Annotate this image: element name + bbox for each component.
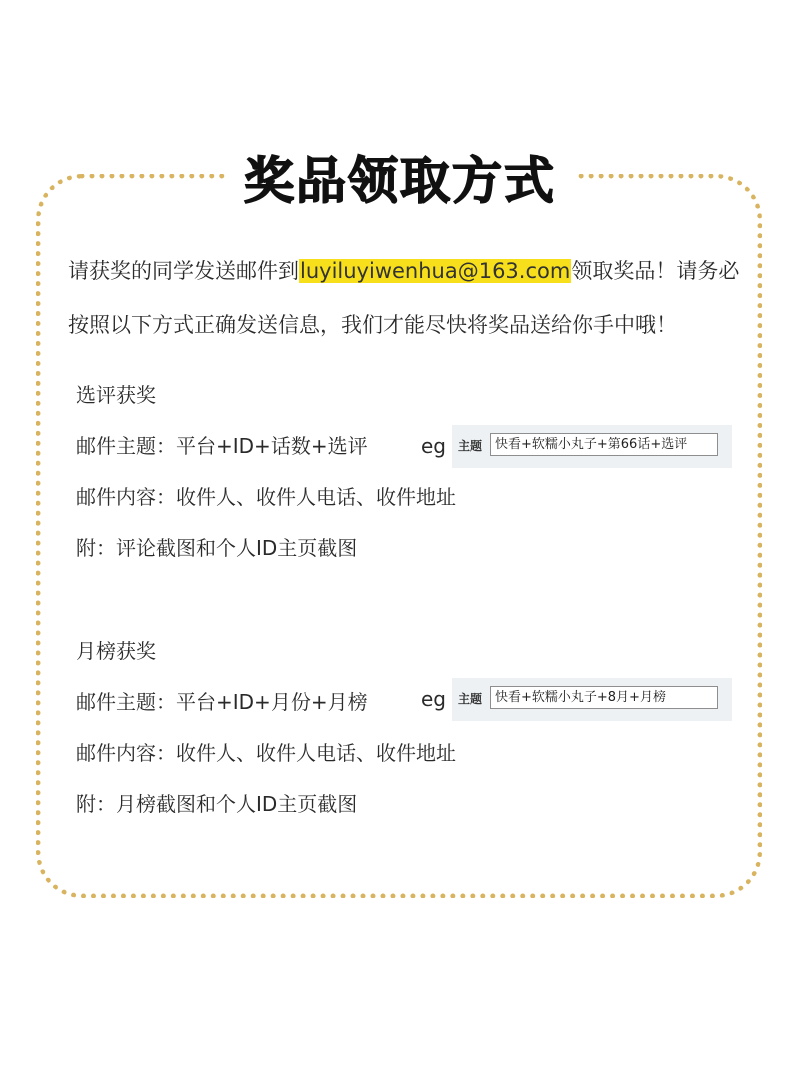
example-subject-label: 主题: [458, 437, 482, 454]
section-review-attachment: 附：评论截图和个人ID主页截图: [76, 534, 357, 562]
section-review-subject: 邮件主题：平台+ID+话数+选评: [76, 432, 368, 460]
intro-line-1: 请获奖的同学发送邮件到luyiluyiwenhua@163.com领取奖品！请务…: [68, 256, 739, 286]
section-monthly-subject: 邮件主题：平台+ID+月份+月榜: [76, 688, 368, 716]
page-title: 奖品领取方式: [244, 141, 556, 213]
intro-line-2: 按照以下方式正确发送信息，我们才能尽快将奖品送给你手中哦！: [68, 310, 677, 340]
section-review-content: 邮件内容：收件人、收件人电话、收件地址: [76, 483, 456, 511]
example-subject-label: 主题: [458, 690, 482, 707]
section-review-example: 主题 快看+软糯小丸子+第66话+选评: [452, 425, 732, 468]
section-monthly-eg-label: eg: [421, 685, 446, 713]
section-monthly-attachment: 附：月榜截图和个人ID主页截图: [76, 790, 357, 818]
example-subject-input: 快看+软糯小丸子+第66话+选评: [490, 433, 718, 456]
title-container: 奖品领取方式: [225, 142, 575, 212]
intro-text-after: 领取奖品！请务必: [571, 259, 739, 283]
example-subject-input: 快看+软糯小丸子+8月+月榜: [490, 686, 718, 709]
section-heading-review: 选评获奖: [76, 381, 156, 409]
section-heading-monthly: 月榜获奖: [76, 637, 156, 665]
section-monthly-content: 邮件内容：收件人、收件人电话、收件地址: [76, 739, 456, 767]
section-review-eg-label: eg: [421, 432, 446, 460]
section-monthly-example: 主题 快看+软糯小丸子+8月+月榜: [452, 678, 732, 721]
email-address[interactable]: luyiluyiwenhua@163.com: [299, 259, 571, 283]
intro-text-before: 请获奖的同学发送邮件到: [68, 259, 299, 283]
